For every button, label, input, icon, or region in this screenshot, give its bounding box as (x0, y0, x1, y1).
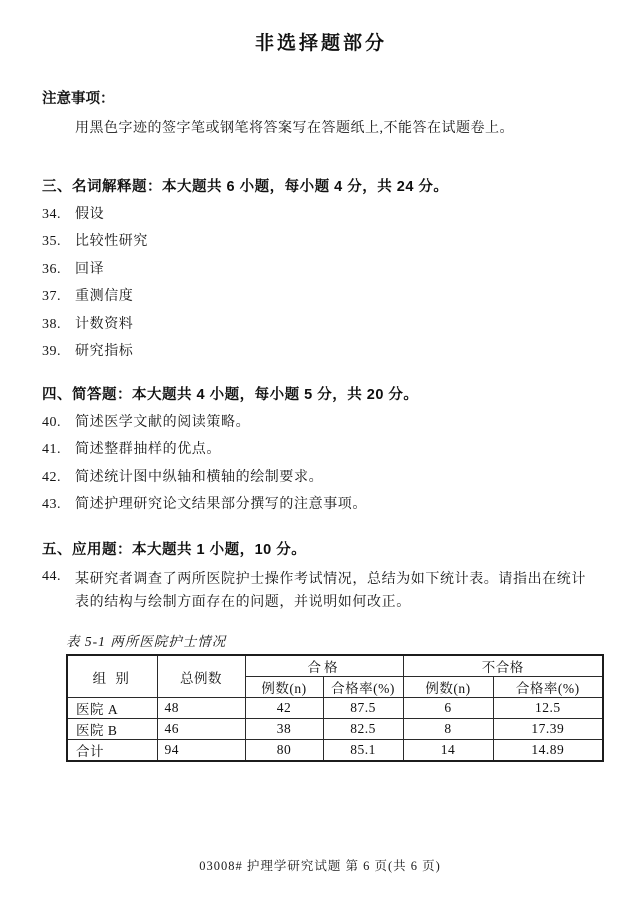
page-title: 非选择题部分 (42, 28, 600, 55)
item-number: 43. (42, 496, 75, 514)
page-footer: 03008# 护理学研究试题 第 6 页(共 6 页) (0, 856, 640, 874)
col-header-count: 例数(n) (403, 677, 493, 698)
list-item: 38. 计数资料 (42, 316, 600, 334)
col-header-count: 例数(n) (245, 677, 323, 698)
col-header-total: 总例数 (157, 655, 245, 698)
list-item: 42. 简述统计图中纵轴和横轴的绘制要求。 (42, 469, 600, 487)
list-item: 44. 某研究者调查了两所医院护士操作考试情况，总结为如下统计表。请指出在统计表… (42, 568, 600, 614)
item-text: 简述医学文献的阅读策略。 (75, 414, 600, 432)
item-number: 39. (42, 343, 75, 361)
list-item: 41. 简述整群抽样的优点。 (42, 441, 600, 459)
cell-qualified-n: 80 (245, 740, 323, 762)
section-heading: 四、简答题：本大题共 4 小题，每小题 5 分，共 20 分。 (42, 383, 600, 404)
list-item: 39. 研究指标 (42, 343, 600, 361)
item-number: 41. (42, 441, 75, 459)
list-item: 37. 重测信度 (42, 288, 600, 306)
item-text: 简述整群抽样的优点。 (75, 441, 600, 459)
item-number: 37. (42, 288, 75, 306)
cell-total: 46 (157, 719, 245, 740)
cell-group: 医院 B (67, 719, 157, 740)
col-header-rate: 合格率(%) (323, 677, 403, 698)
cell-qualified-rate: 82.5 (323, 719, 403, 740)
item-text: 计数资料 (75, 316, 600, 334)
statistics-table: 组 别 总例数 合格 不合格 例数(n) 合格率(%) 例数(n) 合格率(%)… (66, 654, 604, 762)
cell-unqualified-rate: 14.89 (493, 740, 603, 762)
section-term-definitions: 三、名词解释题：本大题共 6 小题，每小题 4 分，共 24 分。 34. 假设… (42, 175, 600, 361)
col-group-unqualified: 不合格 (403, 655, 603, 677)
list-item: 43. 简述护理研究论文结果部分撰写的注意事项。 (42, 496, 600, 514)
item-number: 44. (42, 568, 75, 586)
cell-qualified-n: 42 (245, 698, 323, 719)
item-text: 某研究者调查了两所医院护士操作考试情况，总结为如下统计表。请指出在统计表的结构与… (75, 568, 600, 614)
notice-text: 用黑色字迹的签字笔或钢笔将答案写在答题纸上,不能答在试题卷上。 (75, 117, 600, 137)
item-text: 假设 (75, 206, 600, 224)
exam-page: 非选择题部分 注意事项： 用黑色字迹的签字笔或钢笔将答案写在答题纸上,不能答在试… (0, 0, 640, 921)
section-short-answers: 四、简答题：本大题共 4 小题，每小题 5 分，共 20 分。 40. 简述医学… (42, 383, 600, 514)
cell-total: 94 (157, 740, 245, 762)
item-number: 34. (42, 206, 75, 224)
table-row: 合计 94 80 85.1 14 14.89 (67, 740, 603, 762)
cell-unqualified-rate: 12.5 (493, 698, 603, 719)
item-text: 简述统计图中纵轴和横轴的绘制要求。 (75, 469, 600, 487)
item-text: 研究指标 (75, 343, 600, 361)
list-item: 40. 简述医学文献的阅读策略。 (42, 414, 600, 432)
cell-unqualified-n: 6 (403, 698, 493, 719)
section-heading: 五、应用题：本大题共 1 小题，10 分。 (42, 538, 600, 559)
item-number: 35. (42, 233, 75, 251)
item-number: 36. (42, 261, 75, 279)
cell-qualified-rate: 87.5 (323, 698, 403, 719)
cell-qualified-n: 38 (245, 719, 323, 740)
table-row: 医院 B 46 38 82.5 8 17.39 (67, 719, 603, 740)
cell-unqualified-rate: 17.39 (493, 719, 603, 740)
item-text: 回译 (75, 261, 600, 279)
table-row: 医院 A 48 42 87.5 6 12.5 (67, 698, 603, 719)
cell-qualified-rate: 85.1 (323, 740, 403, 762)
cell-group: 合计 (67, 740, 157, 762)
col-group-qualified: 合格 (245, 655, 403, 677)
col-header-rate: 合格率(%) (493, 677, 603, 698)
cell-total: 48 (157, 698, 245, 719)
cell-unqualified-n: 8 (403, 719, 493, 740)
section-applied: 五、应用题：本大题共 1 小题，10 分。 44. 某研究者调查了两所医院护士操… (42, 538, 600, 614)
item-text: 简述护理研究论文结果部分撰写的注意事项。 (75, 496, 600, 514)
item-number: 42. (42, 469, 75, 487)
cell-group: 医院 A (67, 698, 157, 719)
table-caption: 表 5-1 两所医院护士情况 (66, 630, 600, 650)
col-header-group: 组 别 (67, 655, 157, 698)
cell-unqualified-n: 14 (403, 740, 493, 762)
list-item: 34. 假设 (42, 206, 600, 224)
section-heading: 三、名词解释题：本大题共 6 小题，每小题 4 分，共 24 分。 (42, 175, 600, 196)
item-number: 38. (42, 316, 75, 334)
item-text: 比较性研究 (75, 233, 600, 251)
notice-label: 注意事项： (42, 87, 600, 108)
list-item: 35. 比较性研究 (42, 233, 600, 251)
list-item: 36. 回译 (42, 261, 600, 279)
item-text: 重测信度 (75, 288, 600, 306)
item-number: 40. (42, 414, 75, 432)
